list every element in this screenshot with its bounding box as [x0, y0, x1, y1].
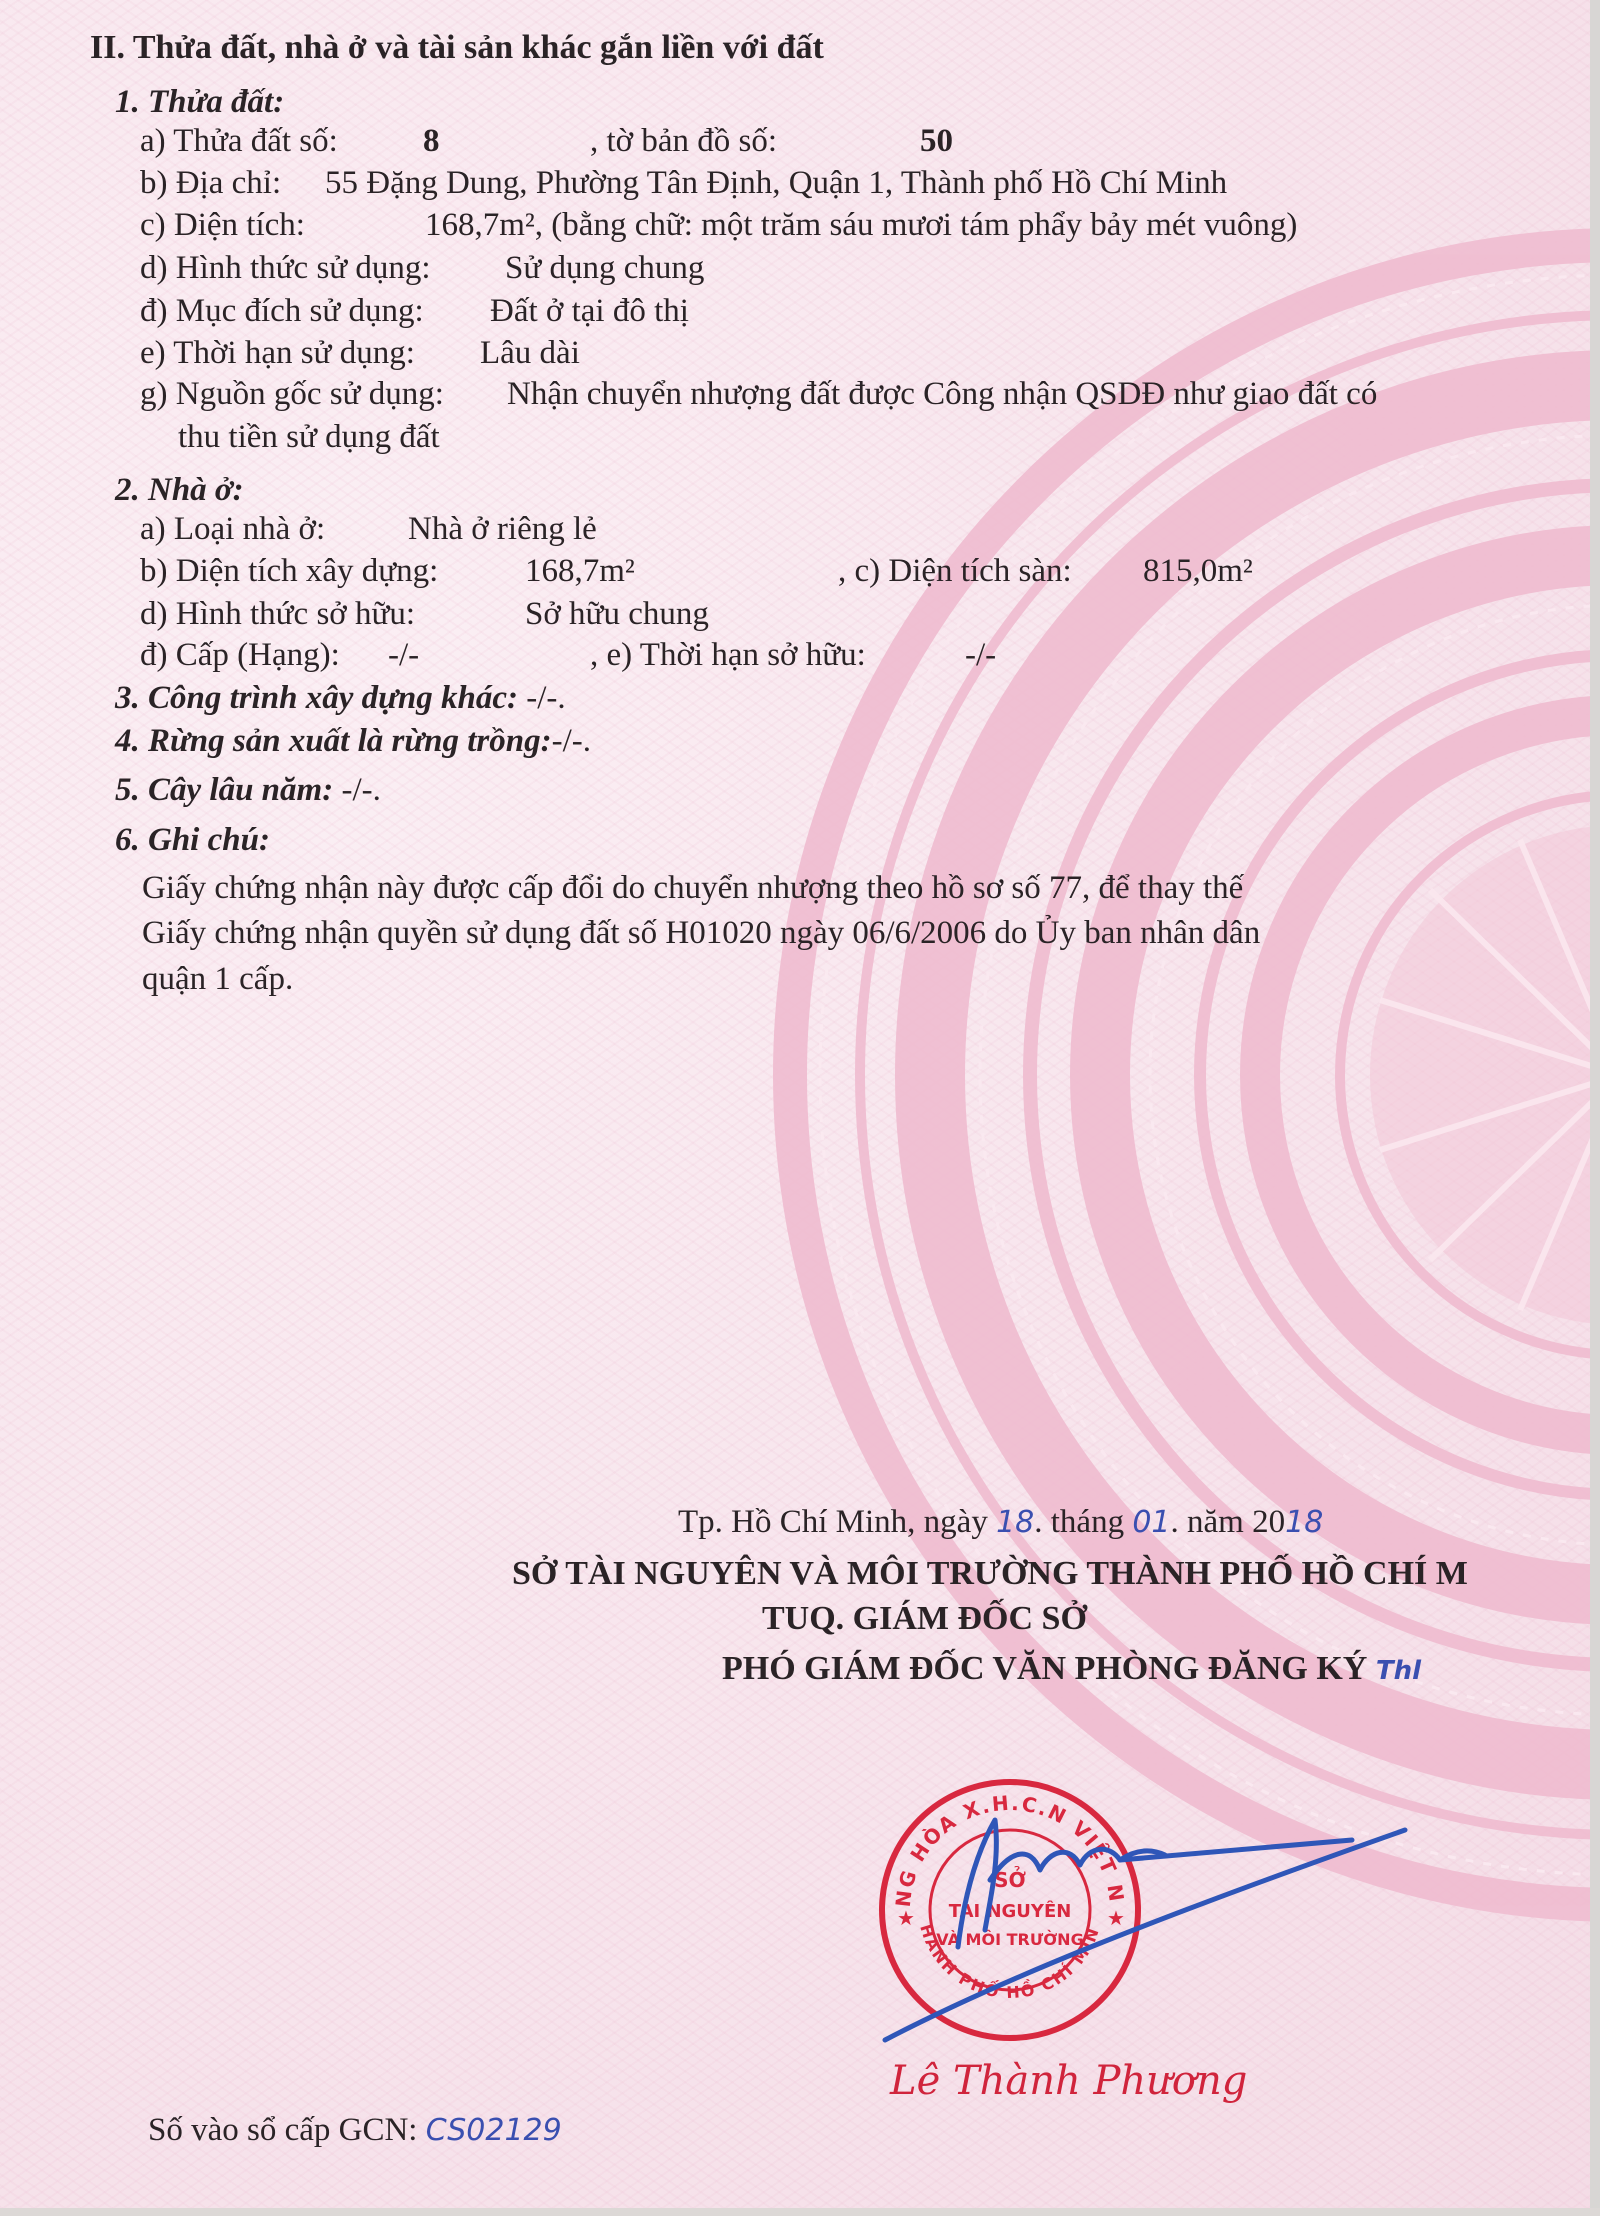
- use-form-value: Sử dụng chung: [505, 248, 704, 288]
- grade-value: -/-: [388, 635, 419, 675]
- signer-position: PHÓ GIÁM ĐỐC VĂN PHÒNG ĐĂNG KÝ Thl: [722, 1649, 1421, 1691]
- house-type-label: a) Loại nhà ở:: [140, 509, 325, 549]
- perennial-value: -/-.: [341, 772, 380, 808]
- notes-heading: 6. Ghi chú:: [115, 820, 270, 860]
- origin-label: g) Nguồn gốc sử dụng:: [140, 374, 444, 414]
- ownership-label: d) Hình thức sở hữu:: [140, 594, 415, 634]
- svg-text:★: ★: [1107, 1908, 1125, 1930]
- ownership-value: Sở hữu chung: [525, 594, 709, 634]
- svg-text:TÀI NGUYÊN: TÀI NGUYÊN: [949, 1900, 1072, 1922]
- other-construction-row: 3. Công trình xây dựng khác: -/-.: [115, 678, 566, 718]
- issue-date-line: Tp. Hồ Chí Minh, ngày 18. tháng 01. năm …: [678, 1502, 1323, 1543]
- section-title: II. Thửa đất, nhà ở và tài sản khác gắn …: [90, 28, 824, 68]
- built-area-value: 168,7m²: [525, 551, 635, 591]
- registry-label: Số vào sổ cấp GCN:: [148, 2112, 417, 2148]
- other-construction-value: -/-.: [526, 680, 565, 716]
- issue-place: Tp. Hồ Chí Minh, ngày: [678, 1504, 988, 1540]
- notes-line: Giấy chứng nhận này được cấp đổi do chuy…: [142, 868, 1243, 908]
- issue-month: 01: [1132, 1505, 1170, 1540]
- signer-position-text: PHÓ GIÁM ĐỐC VĂN PHÒNG ĐĂNG KÝ: [722, 1650, 1367, 1687]
- signer-name: Lê Thành Phương: [890, 2058, 1247, 2104]
- own-term-label: , e) Thời hạn sở hữu:: [590, 635, 866, 675]
- issue-year-suffix: 18: [1285, 1505, 1323, 1540]
- svg-text:★: ★: [897, 1908, 915, 1930]
- built-area-label: b) Diện tích xây dựng:: [140, 551, 438, 591]
- area-label: c) Diện tích:: [140, 205, 305, 245]
- other-construction-label: 3. Công trình xây dựng khác:: [115, 680, 518, 716]
- purpose-label: đ) Mục đích sử dụng:: [140, 291, 424, 331]
- year-label: . năm 20: [1171, 1504, 1286, 1540]
- svg-text:VÀ MÔI TRƯỜNG: VÀ MÔI TRƯỜNG: [936, 1930, 1083, 1949]
- notes-line: Giấy chứng nhận quyền sử dụng đất số H01…: [142, 913, 1260, 953]
- own-term-value: -/-: [965, 635, 996, 675]
- notes-line: quận 1 cấp.: [142, 959, 293, 999]
- map-label: , tờ bản đồ số:: [590, 121, 777, 161]
- floor-area-label: , c) Diện tích sàn:: [838, 551, 1072, 591]
- issue-day: 18: [996, 1505, 1034, 1540]
- grade-label: đ) Cấp (Hạng):: [140, 635, 340, 675]
- parcel-value: 8: [423, 121, 440, 161]
- parcel-label: a) Thửa đất số:: [140, 121, 338, 161]
- certificate-page: [0, 0, 1590, 2208]
- perennial-row: 5. Cây lâu năm: -/-.: [115, 770, 381, 810]
- agency-name: SỞ TÀI NGUYÊN VÀ MÔI TRƯỜNG THÀNH PHỐ HỒ…: [512, 1554, 1468, 1594]
- official-seal-icon: CỘNG HÒA X.H.C.N VIỆT NAM THÀNH PHỐ HỒ C…: [875, 1775, 1145, 2045]
- term-label: e) Thời hạn sử dụng:: [140, 333, 415, 373]
- forest-label: 4. Rừng sản xuất là rừng trồng:: [115, 723, 552, 759]
- origin-value: Nhận chuyển nhượng đất được Công nhận QS…: [507, 374, 1377, 414]
- svg-text:SỞ: SỞ: [994, 1867, 1026, 1892]
- forest-row: 4. Rừng sản xuất là rừng trồng:-/-.: [115, 721, 591, 761]
- area-value: 168,7m², (bằng chữ: một trăm sáu mươi tá…: [425, 205, 1297, 245]
- scan-edge-right: [1590, 0, 1600, 2216]
- origin-value-cont: thu tiền sử dụng đất: [178, 417, 440, 457]
- scan-edge-bottom: [0, 2208, 1600, 2216]
- house-type-value: Nhà ở riêng lẻ: [408, 509, 597, 549]
- term-value: Lâu dài: [480, 333, 580, 373]
- perennial-label: 5. Cây lâu năm:: [115, 772, 333, 808]
- position-handwritten: Thl: [1376, 1656, 1421, 1686]
- address-value: 55 Đặng Dung, Phường Tân Định, Quận 1, T…: [325, 163, 1227, 203]
- address-label: b) Địa chỉ:: [140, 163, 281, 203]
- month-label: . tháng: [1034, 1504, 1124, 1540]
- house-heading: 2. Nhà ở:: [115, 470, 244, 510]
- map-value: 50: [920, 121, 953, 161]
- land-heading: 1. Thửa đất:: [115, 82, 284, 122]
- registry-row: Số vào sổ cấp GCN: CS02129: [148, 2110, 562, 2151]
- forest-value: -/-.: [552, 723, 591, 759]
- registry-value: CS02129: [426, 2113, 562, 2148]
- use-form-label: d) Hình thức sử dụng:: [140, 248, 431, 288]
- on-behalf-title: TUQ. GIÁM ĐỐC SỞ: [762, 1599, 1087, 1639]
- purpose-value: Đất ở tại đô thị: [490, 291, 689, 331]
- floor-area-value: 815,0m²: [1143, 551, 1253, 591]
